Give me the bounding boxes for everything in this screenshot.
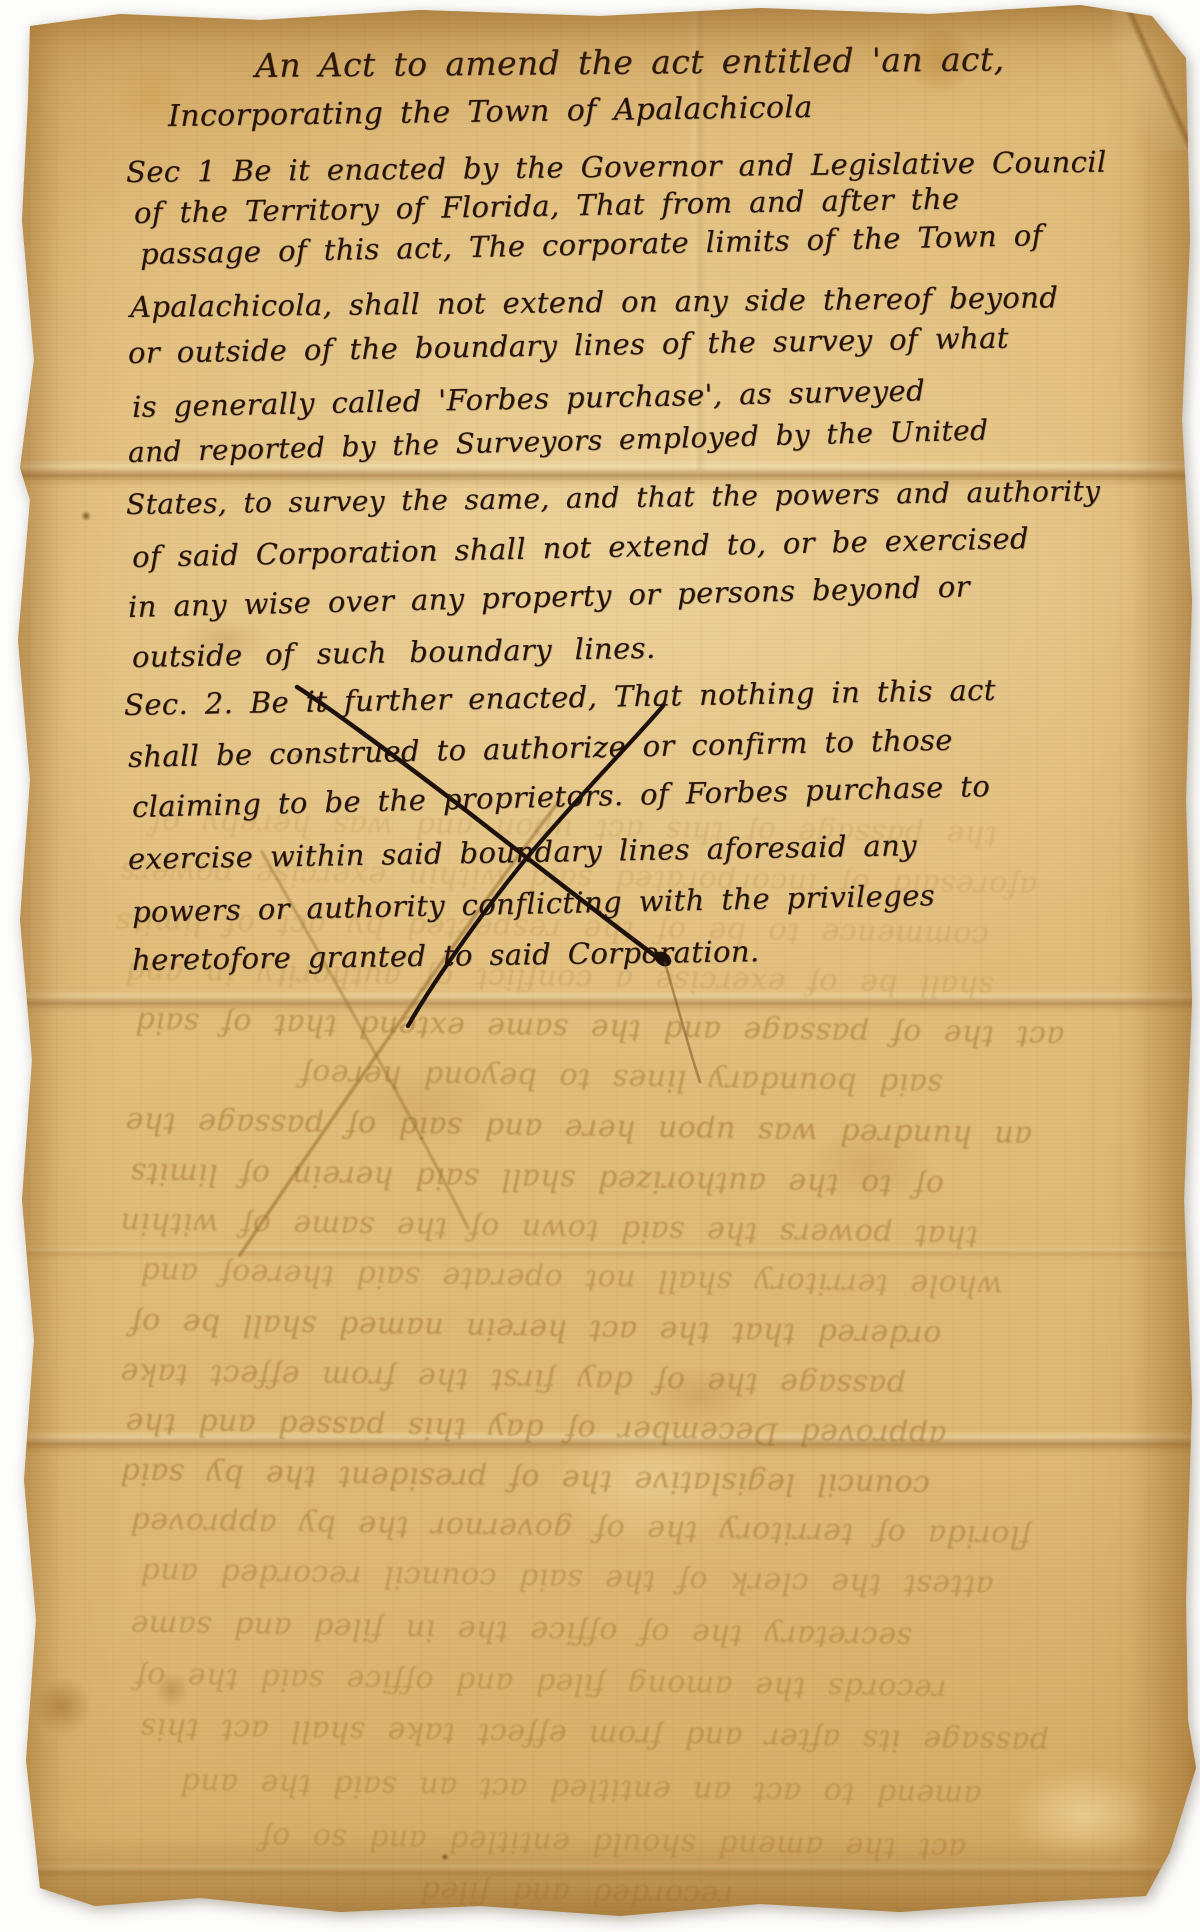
edge-vignette: [0, 0, 1200, 1932]
paper-shadow-wrap: the passage of this act upon and was her…: [0, 0, 1200, 1932]
document-scan: the passage of this act upon and was her…: [0, 0, 1200, 1932]
paper-sheet: the passage of this act upon and was her…: [0, 0, 1200, 1932]
